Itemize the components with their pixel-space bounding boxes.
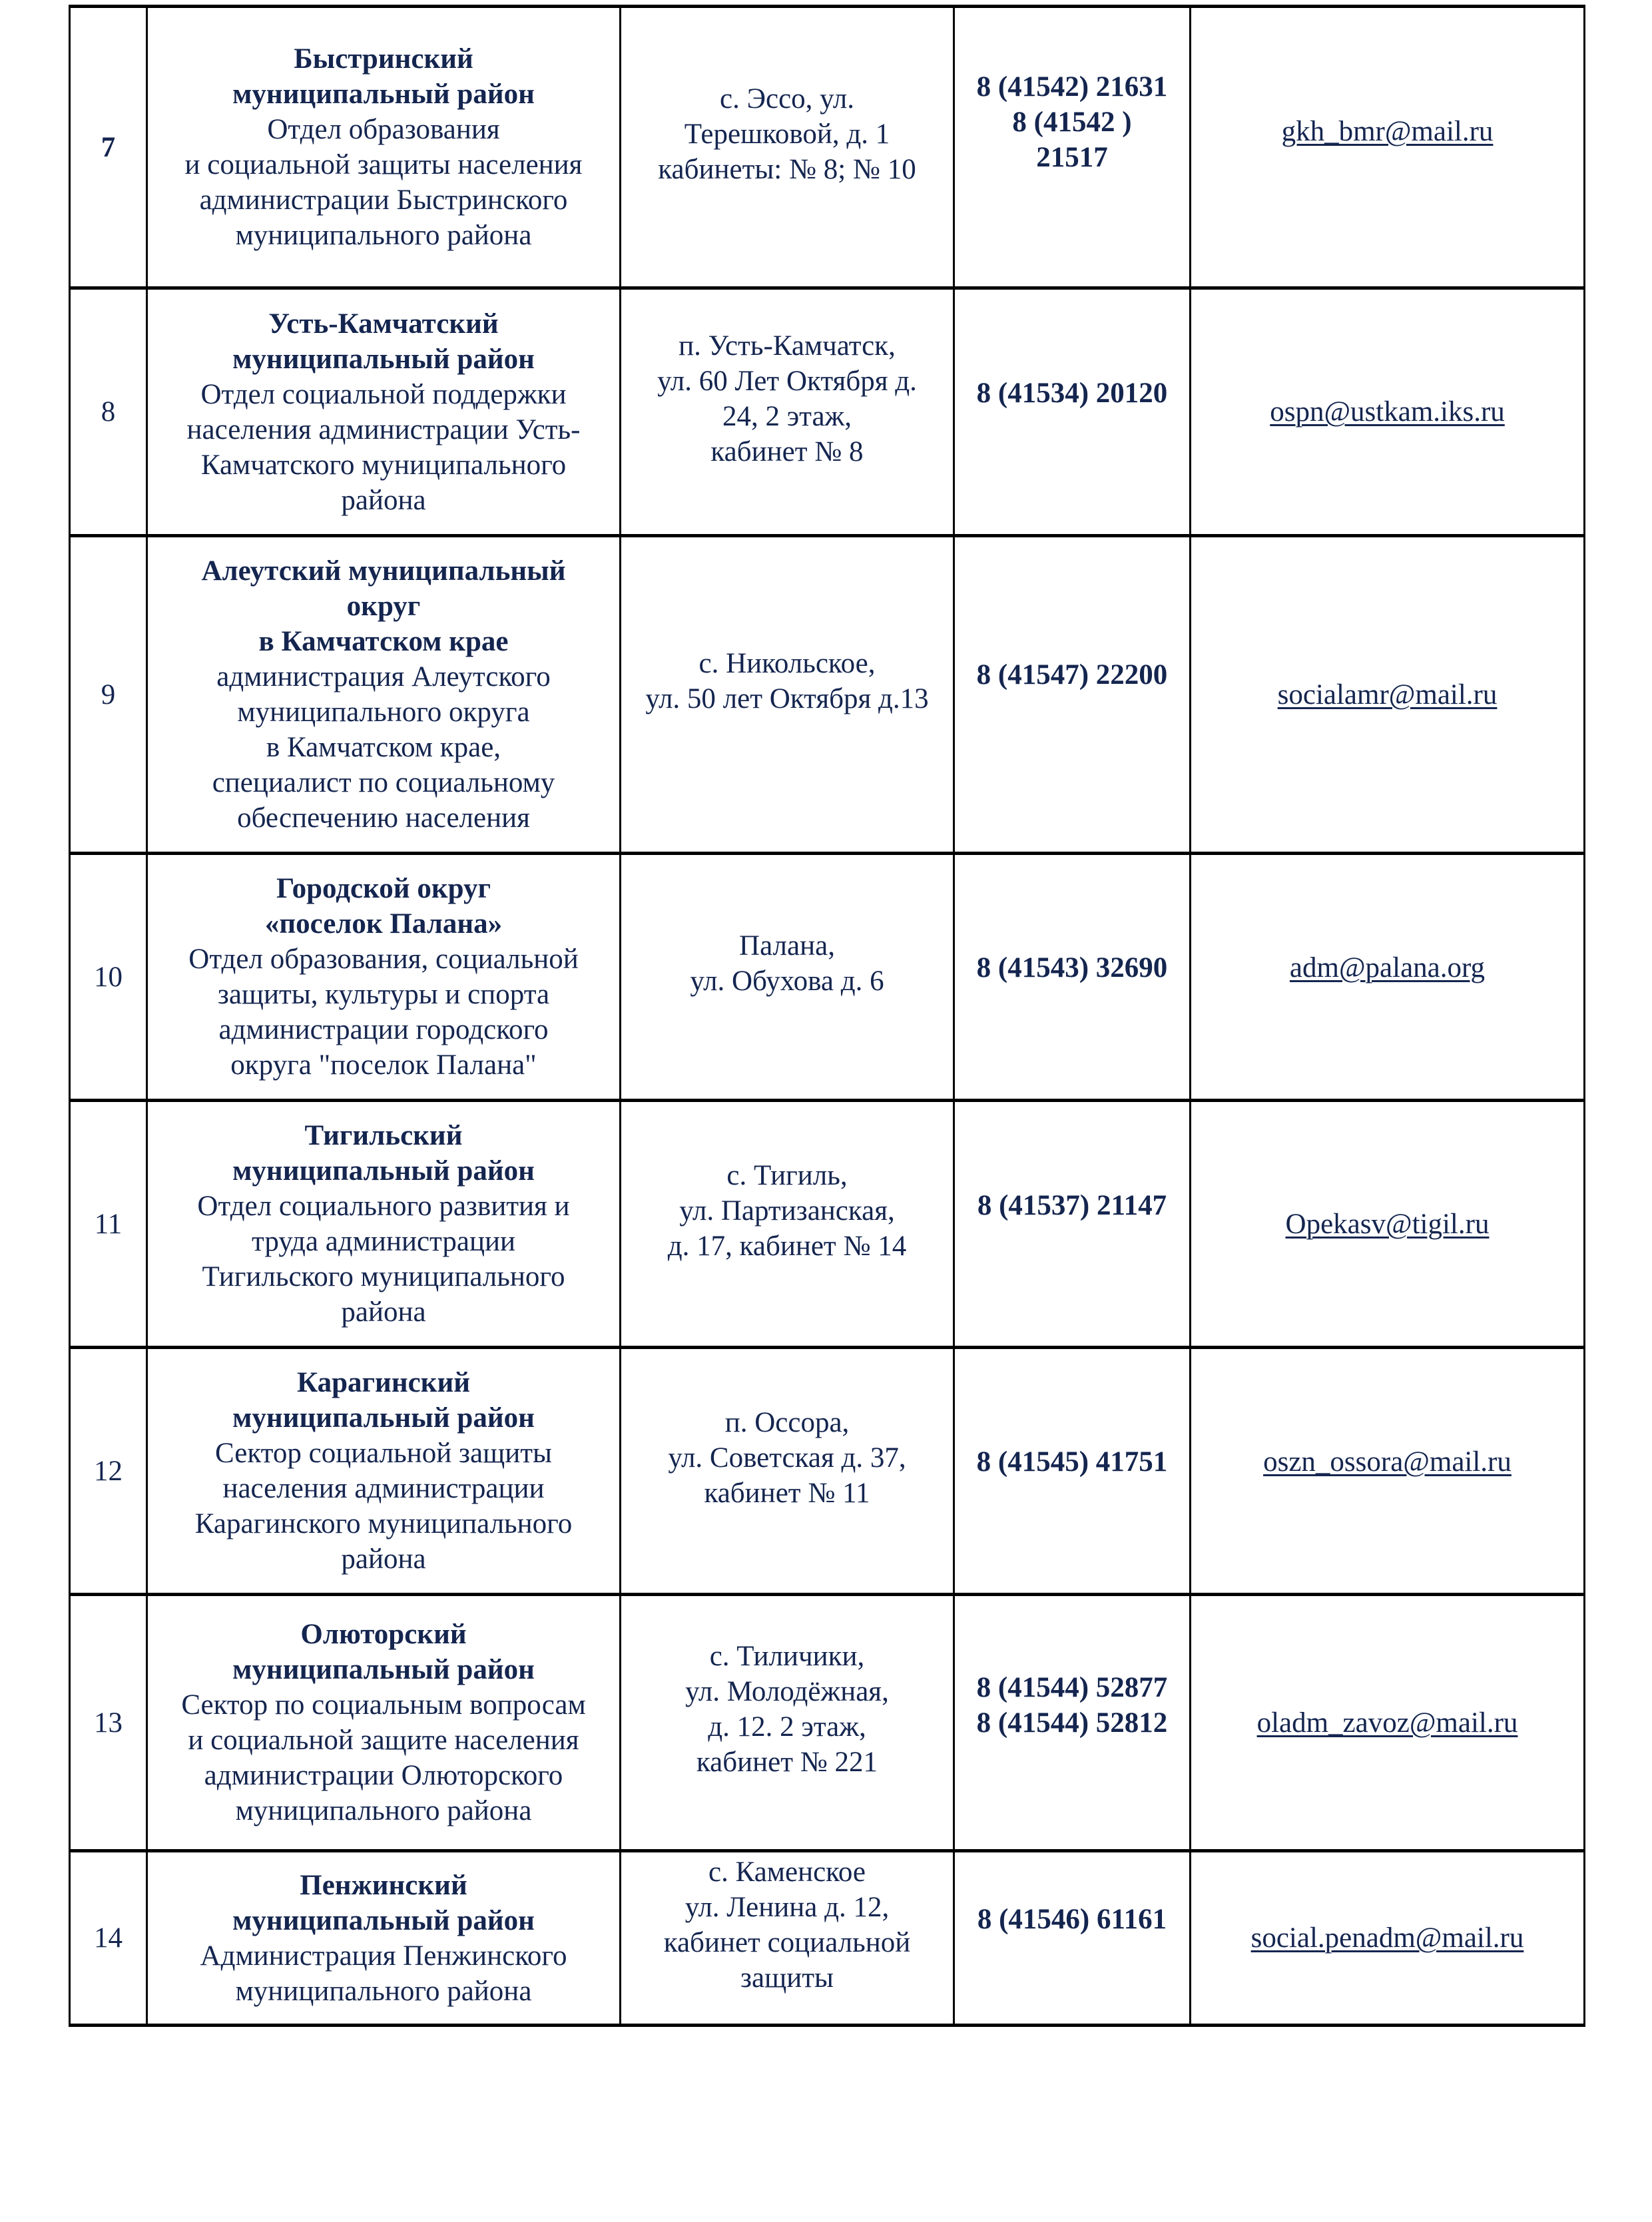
table-row: 11Тигильскиймуниципальный районОтдел соц… xyxy=(70,1101,1585,1348)
address-line: с. Эссо, ул. xyxy=(625,81,949,117)
department-name: Отдел образования xyxy=(152,112,615,147)
contacts-table: 7Быстринскиймуниципальный районОтдел обр… xyxy=(69,5,1585,2027)
department-name: Администрация Пенжинского xyxy=(152,1938,615,1974)
address-line: д. 12. 2 этаж, xyxy=(625,1709,949,1745)
address-cell: с. Тигиль,ул. Партизанская,д. 17, кабине… xyxy=(621,1101,954,1348)
department-name: муниципального района xyxy=(152,1974,615,2009)
row-number: 13 xyxy=(70,1595,147,1851)
phone-cell: 8 (41547) 22200 xyxy=(954,536,1191,854)
department-name: администрация Алеутского xyxy=(152,659,615,694)
department-name: Сектор социальной защиты xyxy=(152,1436,615,1471)
district-name: в Камчатском крае xyxy=(152,624,615,659)
address-line: Палана, xyxy=(625,928,949,964)
district-name: Алеутский муниципальный xyxy=(152,553,615,589)
organization-cell: Алеутский муниципальныйокругв Камчатском… xyxy=(147,536,621,854)
phone-number: 8 (41547) 22200 xyxy=(959,657,1185,693)
address-line: 24, 2 этаж, xyxy=(625,399,949,434)
table-row: 13Олюторскиймуниципальный районСектор по… xyxy=(70,1595,1585,1851)
address-line: ул. Партизанская, xyxy=(625,1193,949,1229)
email-cell: ospn@ustkam.iks.ru xyxy=(1191,288,1585,536)
address-line: с. Никольское, xyxy=(625,646,949,681)
district-name: Тигильский xyxy=(152,1118,615,1153)
phone-cell: 8 (41543) 32690 xyxy=(954,854,1191,1101)
department-name: населения администрации xyxy=(152,1471,615,1506)
district-name: муниципальный район xyxy=(152,77,615,112)
phone-number: 8 (41542 ) xyxy=(959,105,1185,140)
address-cell: Палана,ул. Обухова д. 6 xyxy=(621,854,954,1101)
email-link[interactable]: gkh_bmr@mail.ru xyxy=(1282,116,1494,147)
email-cell: social.penadm@mail.ru xyxy=(1191,1851,1585,2026)
address-cell: с. Эссо, ул.Терешковой, д. 1кабинеты: № … xyxy=(621,7,954,288)
department-name: Камчатского муниципального xyxy=(152,447,615,483)
row-number: 7 xyxy=(70,7,147,288)
organization-cell: Тигильскиймуниципальный районОтдел социа… xyxy=(147,1101,621,1348)
table-row: 7Быстринскиймуниципальный районОтдел обр… xyxy=(70,7,1585,288)
email-cell: oszn_ossora@mail.ru xyxy=(1191,1348,1585,1595)
address-line: кабинеты: № 8; № 10 xyxy=(625,152,949,187)
email-cell: adm@palana.org xyxy=(1191,854,1585,1101)
phone-cell: 8 (41546) 61161 xyxy=(954,1851,1191,2026)
email-cell: socialamr@mail.ru xyxy=(1191,536,1585,854)
row-number: 14 xyxy=(70,1851,147,2026)
organization-cell: Пенжинскиймуниципальный районАдминистрац… xyxy=(147,1851,621,2026)
district-name: муниципальный район xyxy=(152,1153,615,1189)
table-row: 8Усть-Камчатскиймуниципальный районОтдел… xyxy=(70,288,1585,536)
organization-cell: Олюторскиймуниципальный районСектор по с… xyxy=(147,1595,621,1851)
address-line: кабинет социальной xyxy=(625,1925,949,1960)
phone-cell: 8 (41542) 216318 (41542 )21517 xyxy=(954,7,1191,288)
email-link[interactable]: oladm_zavoz@mail.ru xyxy=(1257,1707,1518,1739)
organization-cell: Быстринскиймуниципальный районОтдел обра… xyxy=(147,7,621,288)
address-line: п. Усть-Камчатск, xyxy=(625,328,949,364)
department-name: Сектор по социальным вопросам xyxy=(152,1687,615,1723)
email-link[interactable]: Opekasv@tigil.ru xyxy=(1286,1209,1490,1240)
address-cell: п. Оссора,ул. Советская д. 37,кабинет № … xyxy=(621,1348,954,1595)
email-link[interactable]: ospn@ustkam.iks.ru xyxy=(1270,396,1505,427)
department-name: Отдел социального развития и xyxy=(152,1189,615,1224)
phone-cell: 8 (41545) 41751 xyxy=(954,1348,1191,1595)
department-name: муниципального района xyxy=(152,1793,615,1828)
district-name: округ xyxy=(152,589,615,624)
address-line: ул. 50 лет Октября д.13 xyxy=(625,681,949,716)
phone-cell: 8 (41544) 528778 (41544) 52812 xyxy=(954,1595,1191,1851)
address-line: ул. Молодёжная, xyxy=(625,1674,949,1709)
district-name: Пенжинский xyxy=(152,1868,615,1903)
department-name: округа "поселок Палана" xyxy=(152,1047,615,1083)
address-line: д. 17, кабинет № 14 xyxy=(625,1229,949,1264)
department-name: труда администрации xyxy=(152,1224,615,1259)
department-name: района xyxy=(152,1294,615,1330)
district-name: муниципальный район xyxy=(152,1652,615,1687)
table-row: 10Городской округ«поселок Палана»Отдел о… xyxy=(70,854,1585,1101)
district-name: Олюторский xyxy=(152,1617,615,1652)
phone-number: 8 (41544) 52877 xyxy=(959,1670,1185,1705)
phone-number: 8 (41534) 20120 xyxy=(959,376,1185,411)
row-number: 12 xyxy=(70,1348,147,1595)
address-line: ул. 60 Лет Октября д. xyxy=(625,364,949,399)
row-number: 8 xyxy=(70,288,147,536)
phone-number: 21517 xyxy=(959,140,1185,175)
department-name: муниципального округа xyxy=(152,694,615,730)
email-cell: gkh_bmr@mail.ru xyxy=(1191,7,1585,288)
email-link[interactable]: oszn_ossora@mail.ru xyxy=(1263,1446,1512,1478)
phone-number: 8 (41546) 61161 xyxy=(959,1902,1185,1937)
district-name: муниципальный район xyxy=(152,1903,615,1938)
phone-number: 8 (41537) 21147 xyxy=(959,1188,1185,1223)
table-row: 14Пенжинскиймуниципальный районАдминистр… xyxy=(70,1851,1585,2026)
address-line: кабинет № 11 xyxy=(625,1476,949,1511)
email-cell: oladm_zavoz@mail.ru xyxy=(1191,1595,1585,1851)
district-name: Городской округ xyxy=(152,871,615,906)
department-name: и социальной защиты населения xyxy=(152,147,615,182)
phone-number: 8 (41545) 41751 xyxy=(959,1444,1185,1480)
district-name: муниципальный район xyxy=(152,1400,615,1436)
department-name: Карагинского муниципального xyxy=(152,1506,615,1541)
email-link[interactable]: social.penadm@mail.ru xyxy=(1251,1922,1524,1954)
department-name: Отдел социальной поддержки xyxy=(152,377,615,412)
district-name: «поселок Палана» xyxy=(152,906,615,942)
department-name: в Камчатском крае, xyxy=(152,730,615,765)
department-name: администрации Быстринского xyxy=(152,182,615,218)
district-name: Усть-Камчатский xyxy=(152,306,615,342)
address-line: кабинет № 221 xyxy=(625,1745,949,1780)
table-row: 9Алеутский муниципальныйокругв Камчатско… xyxy=(70,536,1585,854)
document-page: 7Быстринскиймуниципальный районОтдел обр… xyxy=(0,0,1652,2222)
phone-cell: 8 (41534) 20120 xyxy=(954,288,1191,536)
department-name: специалист по социальному xyxy=(152,765,615,800)
department-name: Тигильского муниципального xyxy=(152,1259,615,1294)
row-number: 11 xyxy=(70,1101,147,1348)
department-name: администрации городского xyxy=(152,1012,615,1047)
phone-number: 8 (41543) 32690 xyxy=(959,950,1185,985)
address-line: ул. Обухова д. 6 xyxy=(625,964,949,999)
address-cell: с. Каменскоеул. Ленина д. 12,кабинет соц… xyxy=(621,1851,954,2026)
department-name: населения администрации Усть- xyxy=(152,412,615,447)
address-line: защиты xyxy=(625,1960,949,1996)
department-name: района xyxy=(152,483,615,518)
address-line: ул. Ленина д. 12, xyxy=(625,1890,949,1925)
email-link[interactable]: adm@palana.org xyxy=(1290,952,1485,983)
district-name: Карагинский xyxy=(152,1365,615,1400)
department-name: обеспечению населения xyxy=(152,800,615,836)
district-name: Быстринский xyxy=(152,41,615,77)
phone-number: 8 (41544) 52812 xyxy=(959,1705,1185,1741)
district-name: муниципальный район xyxy=(152,342,615,377)
department-name: администрации Олюторского xyxy=(152,1758,615,1793)
address-line: п. Оссора, xyxy=(625,1405,949,1440)
email-link[interactable]: socialamr@mail.ru xyxy=(1278,679,1498,710)
address-cell: п. Усть-Камчатск,ул. 60 Лет Октября д.24… xyxy=(621,288,954,536)
row-number: 9 xyxy=(70,536,147,854)
address-line: с. Тигиль, xyxy=(625,1158,949,1193)
department-name: и социальной защите населения xyxy=(152,1723,615,1758)
phone-number: 8 (41542) 21631 xyxy=(959,69,1185,105)
table-row: 12Карагинскиймуниципальный районСектор с… xyxy=(70,1348,1585,1595)
row-number: 10 xyxy=(70,854,147,1101)
organization-cell: Городской округ«поселок Палана»Отдел обр… xyxy=(147,854,621,1101)
email-cell: Opekasv@tigil.ru xyxy=(1191,1101,1585,1348)
address-line: с. Каменское xyxy=(625,1854,949,1890)
contacts-table-body: 7Быстринскиймуниципальный районОтдел обр… xyxy=(70,7,1585,2026)
address-cell: с. Тиличики,ул. Молодёжная,д. 12. 2 этаж… xyxy=(621,1595,954,1851)
address-line: с. Тиличики, xyxy=(625,1639,949,1674)
department-name: района xyxy=(152,1541,615,1577)
phone-cell: 8 (41537) 21147 xyxy=(954,1101,1191,1348)
organization-cell: Усть-Камчатскиймуниципальный районОтдел … xyxy=(147,288,621,536)
department-name: муниципального района xyxy=(152,218,615,253)
organization-cell: Карагинскиймуниципальный районСектор соц… xyxy=(147,1348,621,1595)
department-name: защиты, культуры и спорта xyxy=(152,977,615,1012)
address-line: ул. Советская д. 37, xyxy=(625,1440,949,1476)
address-line: кабинет № 8 xyxy=(625,434,949,469)
address-cell: с. Никольское,ул. 50 лет Октября д.13 xyxy=(621,536,954,854)
address-line: Терешковой, д. 1 xyxy=(625,117,949,152)
department-name: Отдел образования, социальной xyxy=(152,942,615,977)
